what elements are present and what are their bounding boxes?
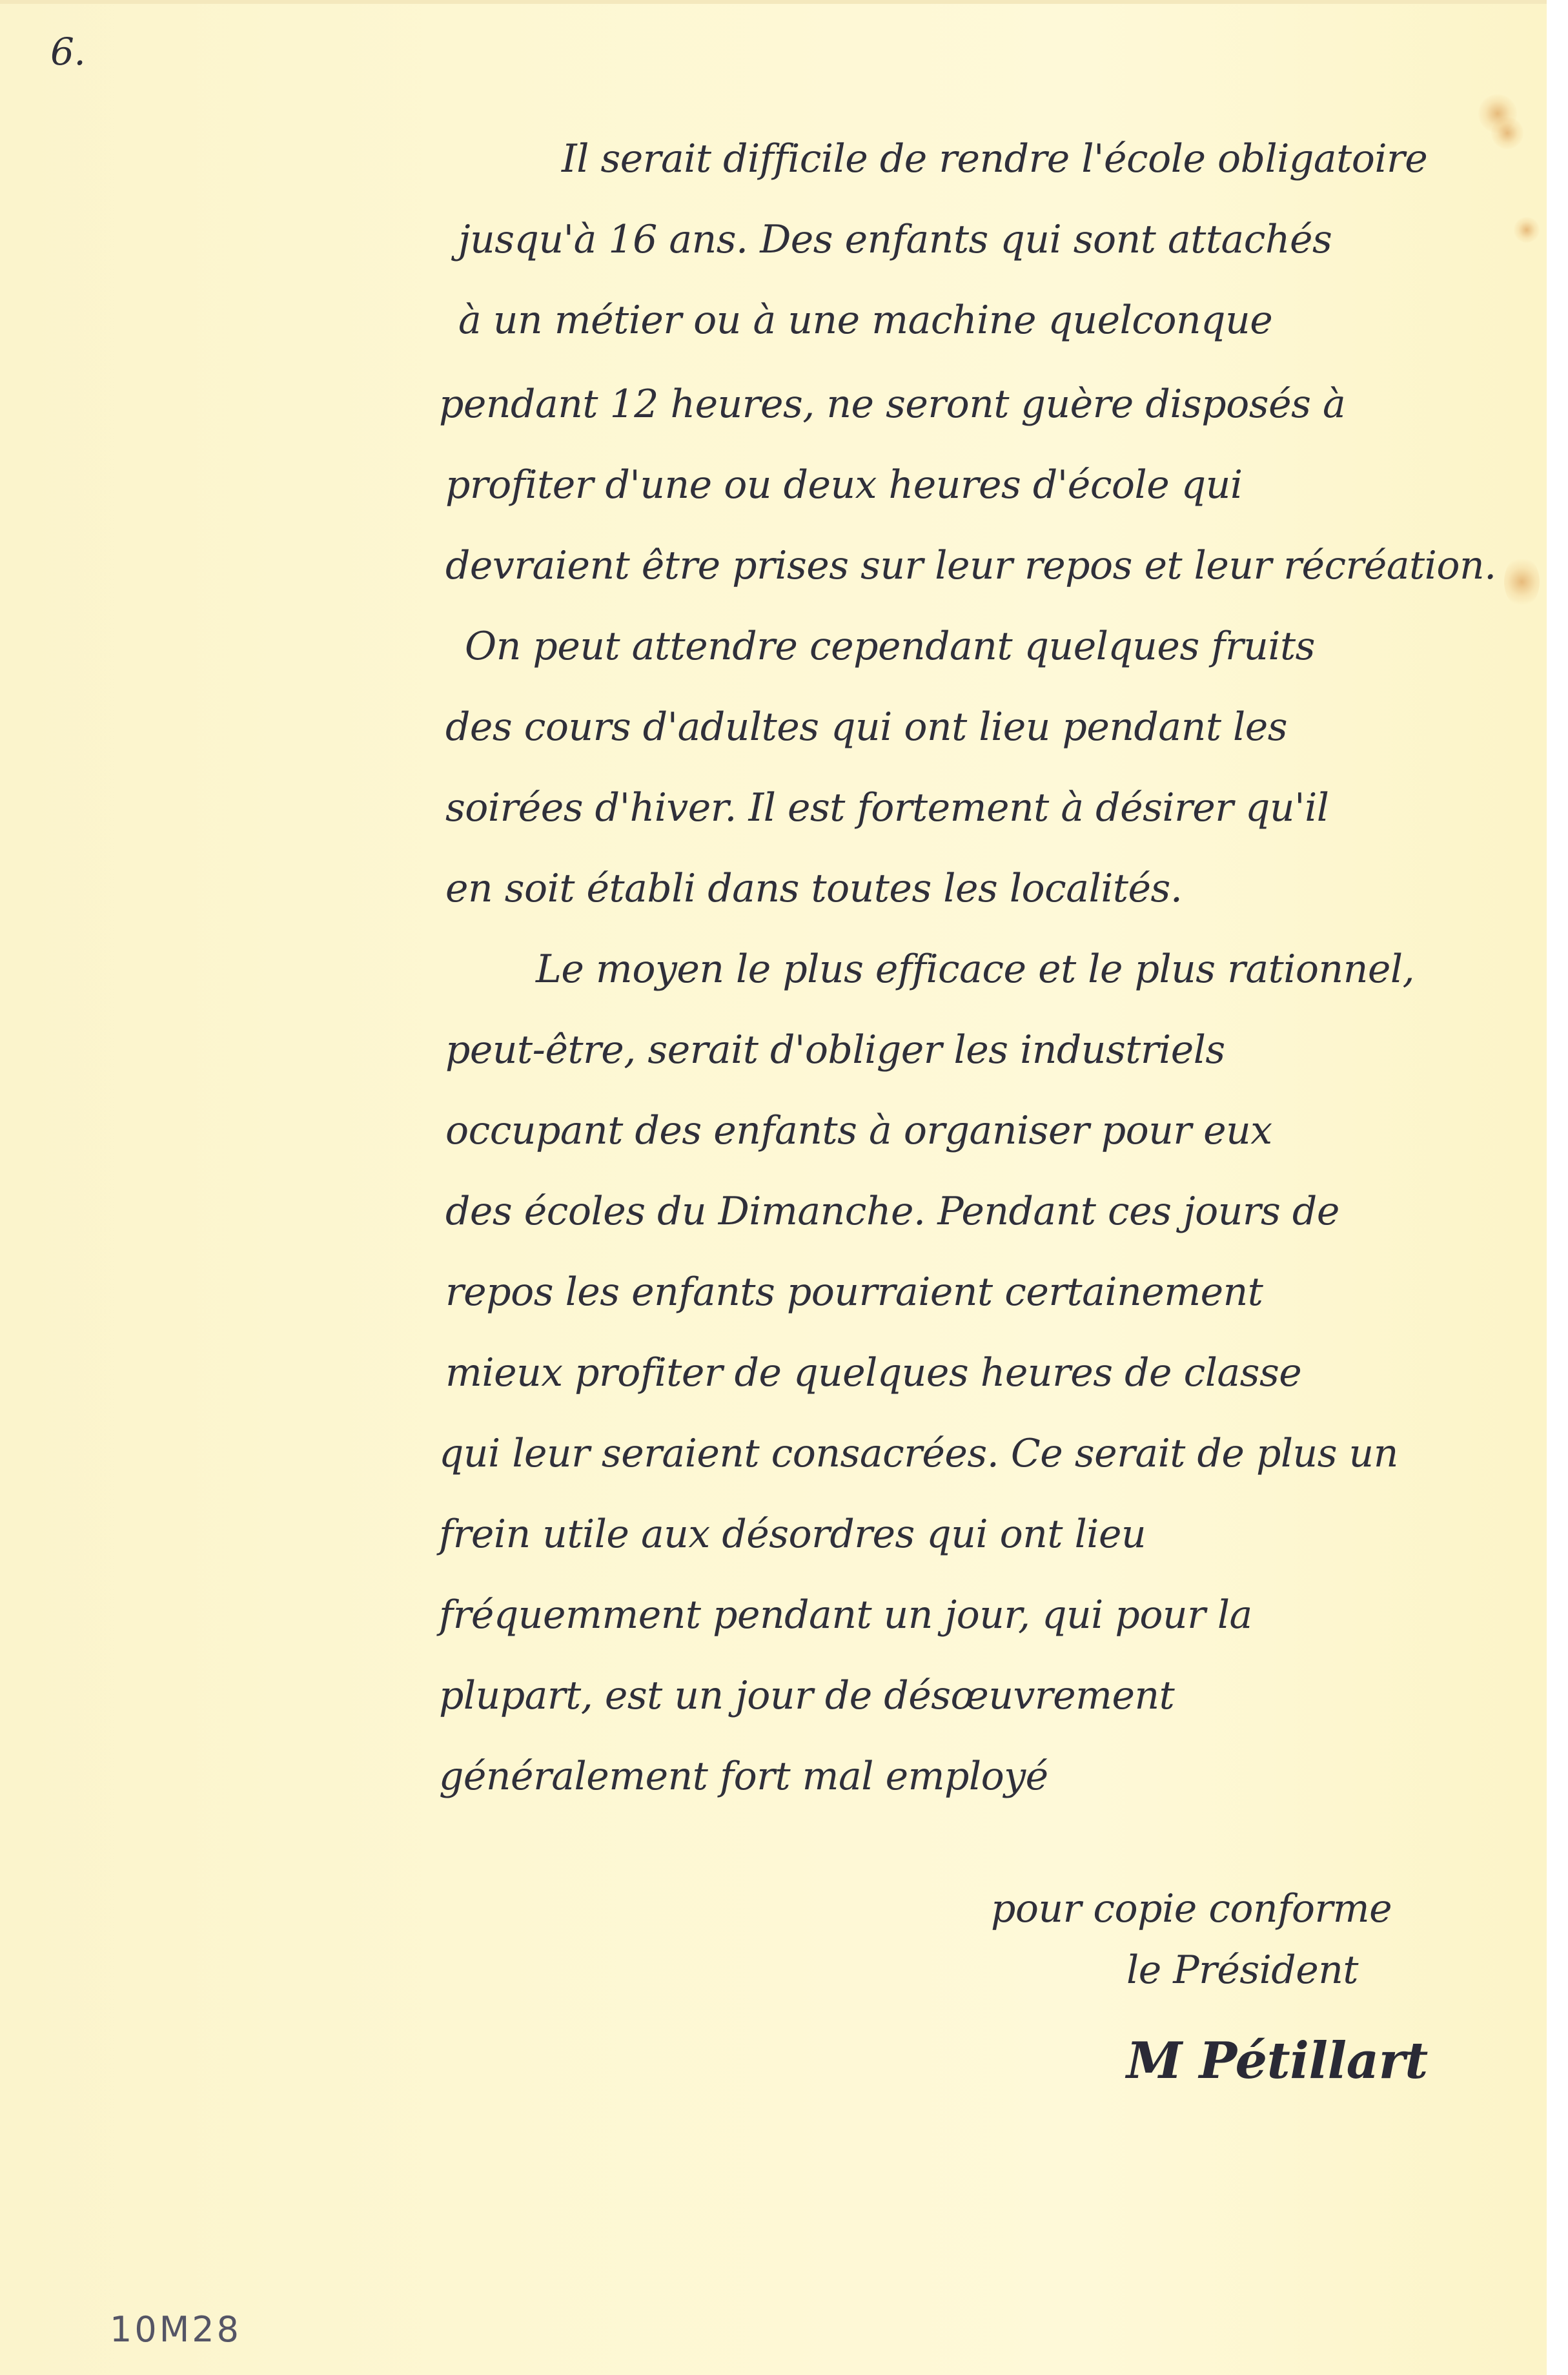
manuscript-line: repos les enfants pourraient certainemen…: [445, 1270, 1263, 1315]
manuscript-line: frein utile aux désordres qui ont lieu: [439, 1512, 1146, 1557]
manuscript-line: en soit établi dans toutes les localités…: [445, 866, 1182, 911]
manuscript-line: soirées d'hiver. Il est fortement à dési…: [445, 785, 1329, 830]
manuscript-line: plupart, est un jour de désœuvrement: [439, 1673, 1174, 1718]
manuscript-line: jusqu'à 16 ans. Des enfants qui sont att…: [458, 217, 1332, 262]
page-number: 6.: [50, 30, 85, 74]
manuscript-line: qui leur seraient consacrées. Ce serait …: [439, 1431, 1398, 1476]
foxing-stain: [1514, 217, 1540, 243]
manuscript-line: occupant des enfants à organiser pour eu…: [445, 1108, 1272, 1153]
manuscript-line: Il serait difficile de rendre l'école ob…: [562, 136, 1427, 181]
manuscript-line: fréquemment pendant un jour, qui pour la: [439, 1592, 1252, 1638]
manuscript-line: mieux profiter de quelques heures de cla…: [445, 1350, 1301, 1395]
manuscript-line: généralement fort mal employé: [439, 1754, 1048, 1799]
closing-title: le Président: [1126, 1948, 1358, 1993]
manuscript-line: des écoles du Dimanche. Pendant ces jour…: [445, 1189, 1339, 1234]
foxing-stain: [1504, 556, 1540, 608]
manuscript-page: 6. Il serait difficile de rendre l'école…: [0, 0, 1547, 2375]
manuscript-line: Le moyen le plus efficace et le plus rat…: [536, 947, 1414, 992]
signature: M Pétillart: [1126, 2031, 1428, 2090]
foxing-stain: [1491, 117, 1523, 149]
manuscript-line: On peut attendre cependant quelques frui…: [465, 624, 1315, 669]
manuscript-line: peut-être, serait d'obliger les industri…: [445, 1027, 1225, 1073]
closing-certification: pour copie conforme: [991, 1886, 1392, 1931]
manuscript-line: des cours d'adultes qui ont lieu pendant…: [445, 704, 1287, 750]
archive-reference: 10M28: [110, 2309, 241, 2350]
manuscript-line: pendant 12 heures, ne seront guère dispo…: [439, 382, 1345, 427]
manuscript-line: profiter d'une ou deux heures d'école qu…: [445, 462, 1243, 508]
manuscript-line: à un métier ou à une machine quelconque: [458, 298, 1272, 343]
manuscript-line: devraient être prises sur leur repos et …: [445, 543, 1496, 588]
